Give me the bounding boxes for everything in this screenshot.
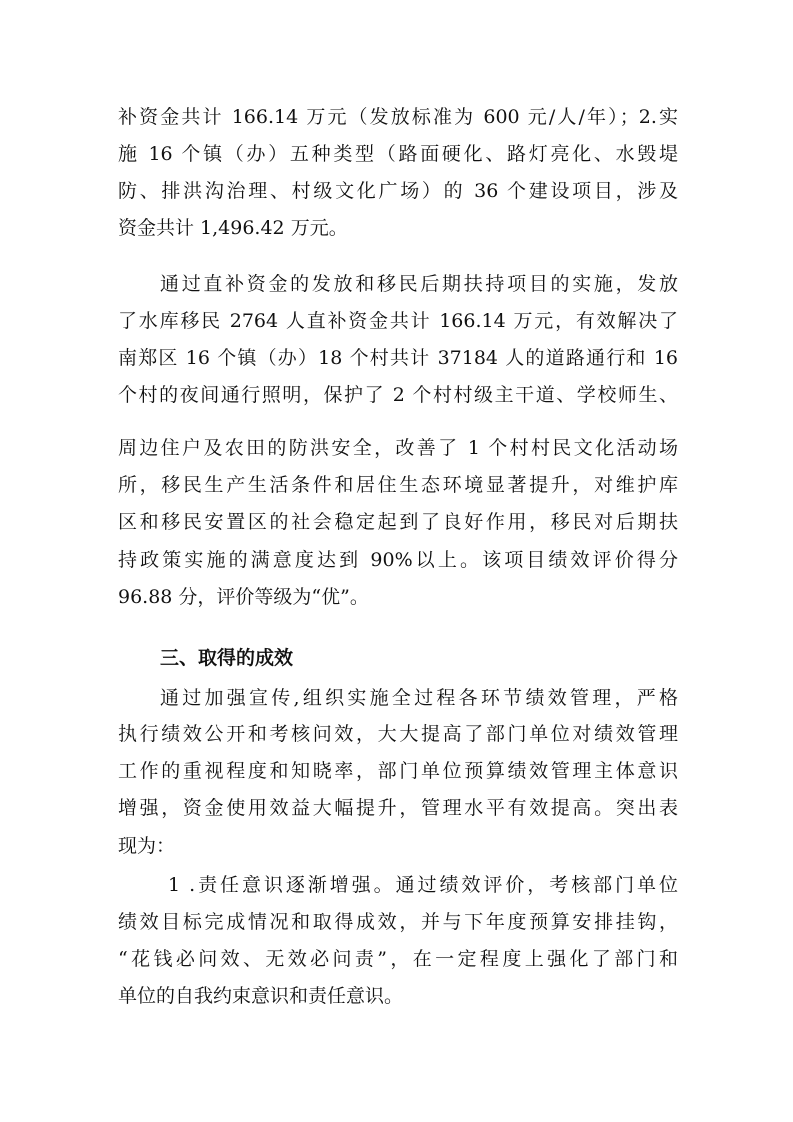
text-line: 周边住户及农田的防洪安全，改善了 1 个村村民文化活动场 (118, 433, 678, 463)
section-heading: 三、取得的成效 (160, 643, 293, 673)
text-line: 绩效目标完成情况和取得成效，并与下年度预算安排挂钩， (118, 907, 678, 937)
text-line: 个村的夜间通行照明，保护了 2 个村村级主干道、学校师生、 (118, 380, 678, 410)
document-page: 补资金共计 166.14 万元（发放标准为 600 元/人/年）；2.实 施 1… (0, 0, 793, 1122)
text-line: 所，移民生产生活条件和居住生态环境显著提升，对维护库 (118, 470, 678, 500)
text-line: 施 16 个镇（办）五种类型（路面硬化、路灯亮化、水毁堤 (118, 139, 678, 169)
text-line: 补资金共计 166.14 万元（发放标准为 600 元/人/年）；2.实 (118, 102, 678, 132)
text-line: 1 .责任意识逐渐增强。通过绩效评价，考核部门单位 (168, 870, 678, 900)
text-line: 南郑区 16 个镇（办）18 个村共计 37184 人的道路通行和 16 (118, 343, 678, 373)
text-line: 执行绩效公开和考核问效，大大提高了部门单位对绩效管理 (118, 719, 678, 749)
text-line: 资金共计 1,496.42 万元。 (118, 213, 678, 243)
text-line: 通过直补资金的发放和移民后期扶持项目的实施，发放 (160, 269, 678, 299)
text-line: 单位的自我约束意识和责任意识。 (118, 981, 678, 1011)
text-line: “花钱必问效、无效必问责”，在一定程度上强化了部门和 (118, 944, 678, 974)
text-line: 通过加强宣传,组织实施全过程各环节绩效管理，严格 (160, 683, 678, 713)
text-line: 了水库移民 2764 人直补资金共计 166.14 万元，有效解决了 (118, 306, 678, 336)
text-line: 96.88 分，评价等级为“优”。 (118, 582, 678, 612)
text-line: 持政策实施的满意度达到 90%以上。该项目绩效评价得分 (118, 545, 678, 575)
text-line: 工作的重视程度和知晓率，部门单位预算绩效管理主体意识 (118, 756, 678, 786)
text-line: 防、排洪沟治理、村级文化广场）的 36 个建设项目，涉及 (118, 176, 678, 206)
text-line: 区和移民安置区的社会稳定起到了良好作用，移民对后期扶 (118, 507, 678, 537)
text-line: 增强，资金使用效益大幅提升，管理水平有效提高。突出表 (118, 793, 678, 823)
text-line: 现为： (118, 831, 678, 861)
